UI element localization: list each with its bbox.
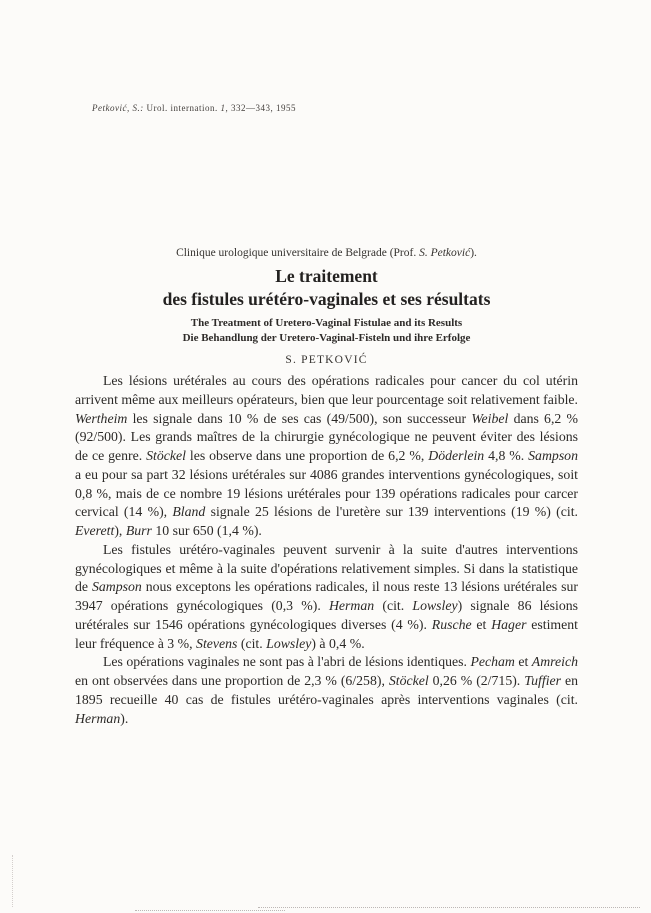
article-title-line1: Le traitement bbox=[75, 265, 578, 288]
paragraph-3: Les opérations vaginales ne sont pas à l… bbox=[75, 653, 578, 728]
running-head-citation: Petković, S.: Urol. internation. 1, 332—… bbox=[92, 103, 296, 113]
article-subtitle-english: The Treatment of Uretero-Vaginal Fistula… bbox=[75, 316, 578, 331]
scanned-page: Petković, S.: Urol. internation. 1, 332—… bbox=[0, 0, 651, 913]
scan-artifact-dotted-line bbox=[135, 910, 285, 911]
scan-artifact-dotted-line bbox=[258, 907, 640, 908]
scan-artifact-edge-marks bbox=[12, 855, 13, 907]
article-heading: Clinique urologique universitaire de Bel… bbox=[75, 246, 578, 366]
author-name: S. PETKOVIĆ bbox=[75, 354, 578, 366]
article-title-line2: des fistules urétéro-vaginales et ses ré… bbox=[75, 288, 578, 311]
article-subtitle-german: Die Behandlung der Uretero-Vaginal-Fiste… bbox=[75, 331, 578, 346]
article-body: Les lésions urétérales au cours des opér… bbox=[75, 372, 578, 728]
paragraph-2: Les fistules urétéro-vaginales peuvent s… bbox=[75, 541, 578, 654]
paragraph-1: Les lésions urétérales au cours des opér… bbox=[75, 372, 578, 541]
affiliation-line: Clinique urologique universitaire de Bel… bbox=[75, 246, 578, 260]
